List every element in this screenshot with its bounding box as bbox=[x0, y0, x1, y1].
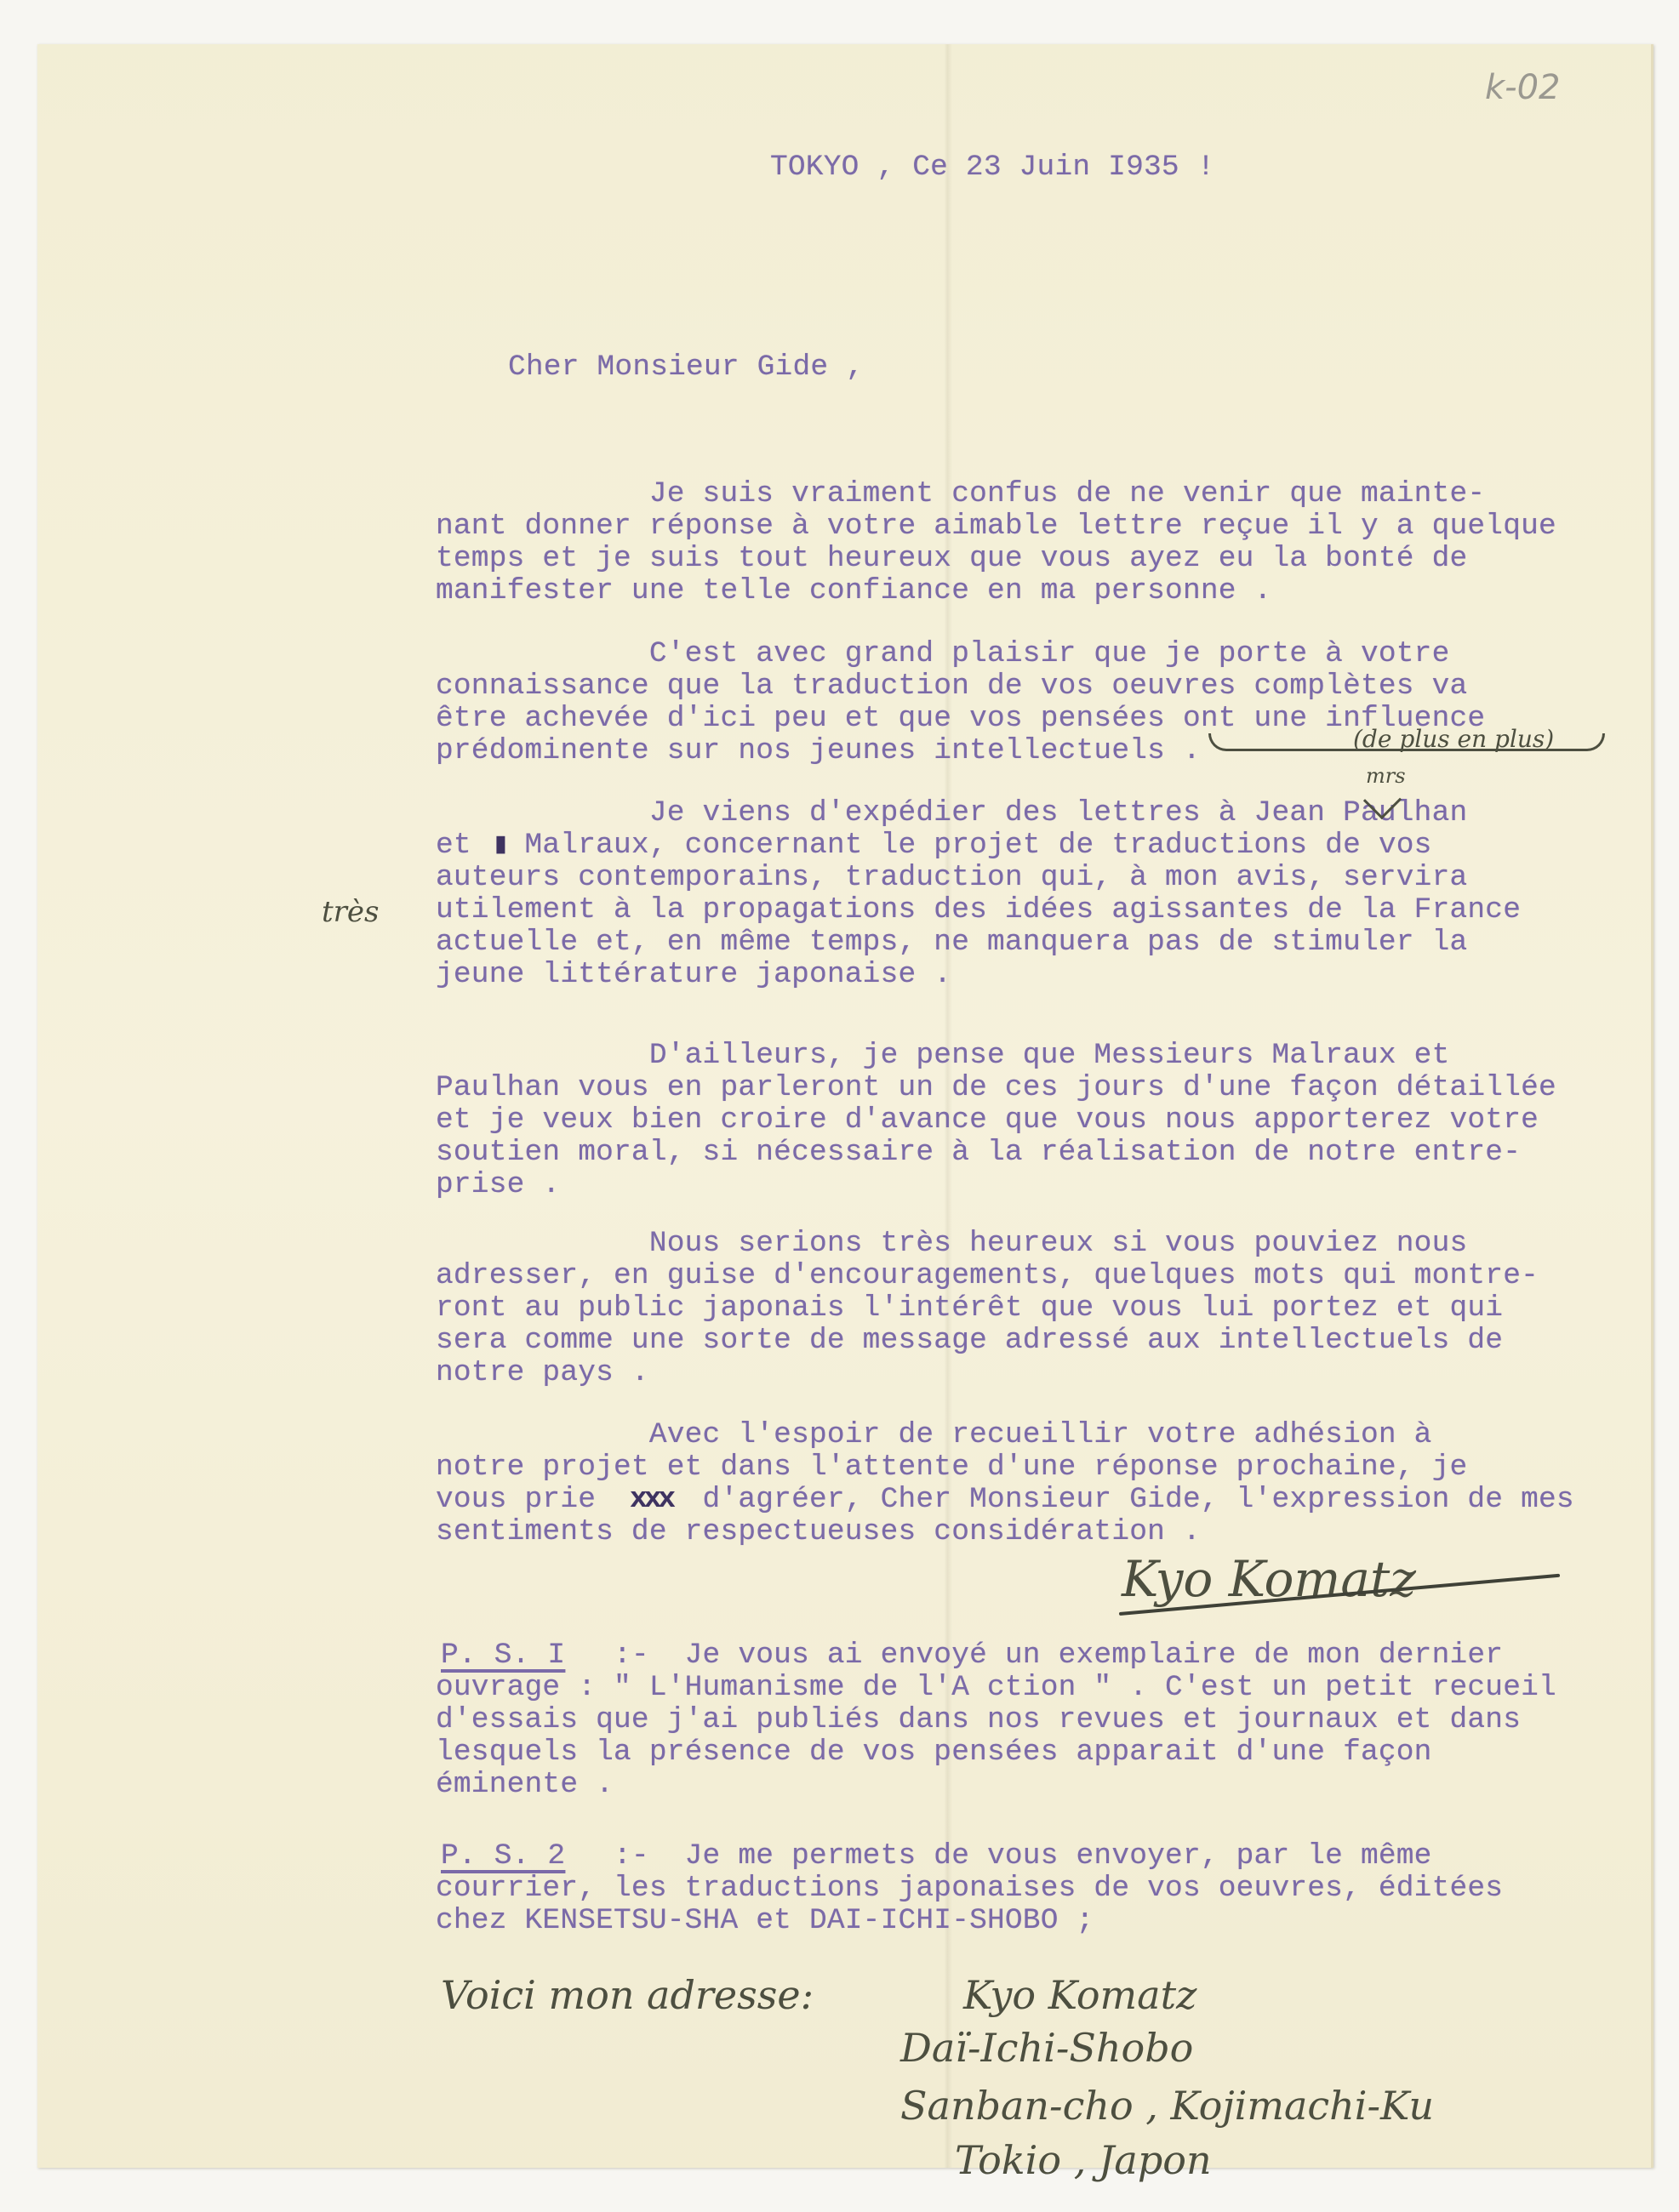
postscript-line: chez KENSETSU-SHA et DAI-ICHI-SHOBO ; bbox=[436, 1905, 1094, 1937]
paragraph-line: vous prie d'agréer, Cher Monsieur Gide, … bbox=[436, 1484, 1574, 1516]
paragraph-line: actuelle et, en même temps, ne manquera … bbox=[436, 926, 1467, 959]
paragraph-line: Avec l'espoir de recueillir votre adhési… bbox=[436, 1419, 1432, 1451]
paragraph-line: sentiments de respectueuses considératio… bbox=[436, 1516, 1201, 1548]
postscript-line: :- Je me permets de vous envoyer, par le… bbox=[436, 1840, 1432, 1873]
paragraph-line: manifester une telle confiance en ma per… bbox=[436, 575, 1271, 607]
archive-reference: k-02 bbox=[1485, 68, 1561, 107]
address-line-3: Tokio , Japon bbox=[955, 2137, 1212, 2183]
paragraph-line: être achevée d'ici peu et que vos pensée… bbox=[436, 703, 1485, 735]
paragraph-line: et Malraux, concernant le projet de trad… bbox=[436, 829, 1432, 862]
paragraph-line: prise . bbox=[436, 1169, 560, 1201]
postscript-line: lesquels la présence de vos pensées appa… bbox=[436, 1736, 1432, 1769]
paragraph-line: prédominente sur nos jeunes intellectuel… bbox=[436, 735, 1201, 767]
paragraph-line: adresser, en guise d'encouragements, que… bbox=[436, 1260, 1539, 1292]
paragraph-line: jeune littérature japonaise . bbox=[436, 959, 951, 991]
struck-character: ▮ bbox=[492, 829, 510, 862]
paragraph-line: Paulhan vous en parleront un de ces jour… bbox=[436, 1072, 1556, 1104]
paragraph-line: nant donner réponse à votre aimable lett… bbox=[436, 510, 1556, 543]
margin-annotation-tres: très bbox=[322, 895, 380, 929]
paragraph-line: D'ailleurs, je pense que Messieurs Malra… bbox=[436, 1040, 1450, 1072]
paragraph-line: et je veux bien croire d'avance que vous… bbox=[436, 1104, 1539, 1137]
salutation: Cher Monsieur Gide , bbox=[508, 351, 864, 384]
postscript-line: d'essais que j'ai publiés dans nos revue… bbox=[436, 1704, 1521, 1736]
paragraph-line: connaissance que la traduction de vos oe… bbox=[436, 670, 1467, 703]
dateline: TOKYO , Ce 23 Juin I935 ! bbox=[770, 151, 1215, 184]
postscript-line: ouvrage : " L'Humanisme de l'A ction " .… bbox=[436, 1672, 1556, 1704]
paragraph-line: utilement à la propagations des idées ag… bbox=[436, 894, 1521, 926]
paragraph-line: notre projet et dans l'attente d'une rép… bbox=[436, 1451, 1467, 1484]
paragraph-line: Je suis vraiment confus de ne venir que … bbox=[436, 478, 1485, 510]
paragraph-line: Nous serions très heureux si vous pouvie… bbox=[436, 1228, 1467, 1260]
paragraph-line: soutien moral, si nécessaire à la réalis… bbox=[436, 1137, 1521, 1169]
paragraph-line: sera comme une sorte de message adressé … bbox=[436, 1325, 1503, 1357]
paragraph-line: auteurs contemporains, traduction qui, à… bbox=[436, 862, 1467, 894]
address-line-2: Sanban-cho , Kojimachi-Ku bbox=[900, 2083, 1434, 2129]
annotation-mrs: mrs bbox=[1366, 764, 1406, 788]
annotation-de-plus-en-plus: (de plus en plus) bbox=[1353, 725, 1554, 753]
paragraph-line: ront au public japonais l'intérêt que vo… bbox=[436, 1292, 1503, 1325]
paragraph-line: C'est avec grand plaisir que je porte à … bbox=[436, 638, 1450, 670]
address-line-1: Daï-Ichi-Shobo bbox=[900, 2025, 1193, 2071]
postscript-line: :- Je vous ai envoyé un exemplaire de mo… bbox=[436, 1639, 1503, 1672]
paragraph-line: notre pays . bbox=[436, 1357, 649, 1389]
address-name: Kyo Komatz bbox=[963, 1972, 1196, 2018]
postscript-line: éminente . bbox=[436, 1769, 614, 1801]
struck-text: xxx bbox=[630, 1484, 672, 1516]
paragraph-line: temps et je suis tout heureux que vous a… bbox=[436, 543, 1467, 575]
address-intro: Voici mon adresse: bbox=[441, 1972, 814, 2018]
postscript-line: courrier, les traductions japonaises de … bbox=[436, 1873, 1503, 1905]
paragraph-line: Je viens d'expédier des lettres à Jean P… bbox=[436, 797, 1467, 829]
